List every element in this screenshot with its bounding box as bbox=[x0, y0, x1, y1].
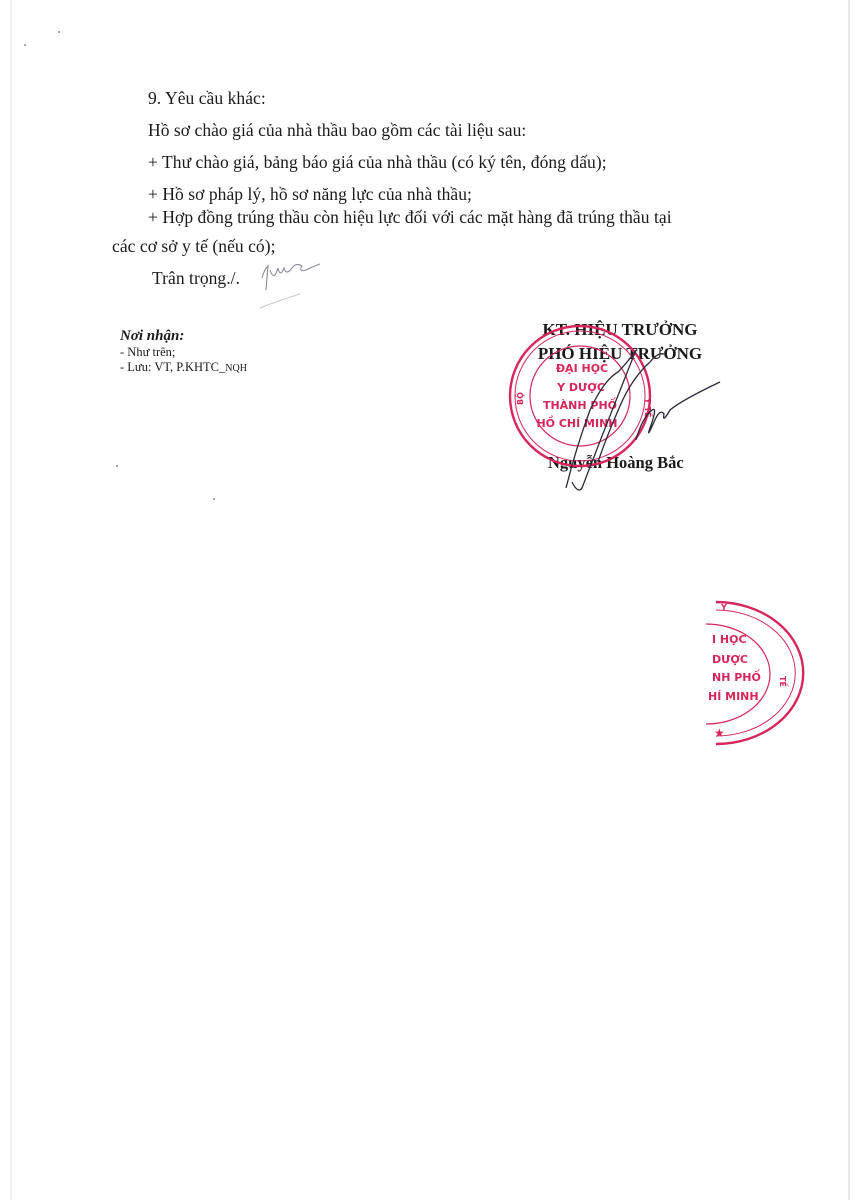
svg-text:I HỌC: I HỌC bbox=[712, 633, 747, 646]
stamps-and-signatures: ĐẠI HỌC Y DƯỢC THÀNH PHỐ HỒ CHÍ MINH BỘ … bbox=[0, 0, 855, 1200]
svg-text:HỒ CHÍ MINH: HỒ CHÍ MINH bbox=[536, 415, 617, 430]
svg-text:THÀNH PHỐ: THÀNH PHỐ bbox=[543, 397, 617, 412]
svg-text:BỘ: BỘ bbox=[515, 392, 525, 405]
intro-text: Hồ sơ chào giá của nhà thầu bao gồm các … bbox=[148, 120, 526, 141]
scan-edge-right bbox=[848, 0, 850, 1200]
scan-speck bbox=[116, 465, 118, 467]
requirement-item: + Hợp đồng trúng thầu còn hiệu lực đối v… bbox=[148, 207, 672, 228]
scan-edge-left bbox=[10, 0, 12, 1200]
signature-title-2: PHÓ HIỆU TRƯỞNG bbox=[500, 342, 740, 366]
section-heading: 9. Yêu cầu khác: bbox=[148, 88, 266, 109]
signature-title-1: KT. HIỆU TRƯỞNG bbox=[500, 318, 740, 342]
requirement-item: + Thư chào giá, bảng báo giá của nhà thầ… bbox=[148, 152, 607, 173]
partial-seal bbox=[706, 602, 803, 744]
svg-text:HÍ MINH: HÍ MINH bbox=[708, 690, 759, 703]
partial-seal-text: Y I HỌC DƯỢC NH PHỐ HÍ MINH TẾ ★ bbox=[708, 603, 790, 740]
drafter-initials: NQH bbox=[225, 363, 247, 374]
recipients-title: Nơi nhận: bbox=[120, 328, 247, 345]
svg-text:TẾ: TẾ bbox=[778, 676, 790, 687]
initials-signature bbox=[260, 264, 320, 308]
requirement-item: + Hồ sơ pháp lý, hồ sơ năng lực của nhà … bbox=[148, 184, 472, 205]
scan-speck bbox=[24, 44, 26, 46]
requirement-item-continuation: các cơ sở y tế (nếu có); bbox=[112, 236, 276, 257]
svg-text:Y: Y bbox=[720, 603, 727, 612]
scan-speck bbox=[213, 498, 215, 500]
svg-text:Y DƯỢC: Y DƯỢC bbox=[556, 381, 605, 394]
star-icon: ★ bbox=[714, 726, 725, 740]
signature-block: KT. HIỆU TRƯỞNG PHÓ HIỆU TRƯỞNG bbox=[500, 318, 740, 366]
recipient-line: - Như trên; bbox=[120, 345, 247, 360]
archive-line: - Lưu: VT, P.KHTC_ bbox=[120, 360, 225, 374]
closing-text: Trân trọng./. bbox=[152, 268, 240, 289]
svg-text:NH PHỐ: NH PHỐ bbox=[712, 669, 761, 684]
svg-text:DƯỢC: DƯỢC bbox=[712, 653, 748, 666]
scan-speck bbox=[58, 31, 60, 33]
signatory-name: Nguyễn Hoàng Bắc bbox=[548, 453, 684, 473]
recipients-block: Nơi nhận: - Như trên; - Lưu: VT, P.KHTC_… bbox=[120, 328, 247, 376]
seal-text: ĐẠI HỌC Y DƯỢC THÀNH PHỐ HỒ CHÍ MINH BỘ … bbox=[515, 362, 655, 430]
svg-text:Y TẾ: Y TẾ bbox=[643, 397, 655, 418]
recipient-line: - Lưu: VT, P.KHTC_NQH bbox=[120, 360, 247, 376]
